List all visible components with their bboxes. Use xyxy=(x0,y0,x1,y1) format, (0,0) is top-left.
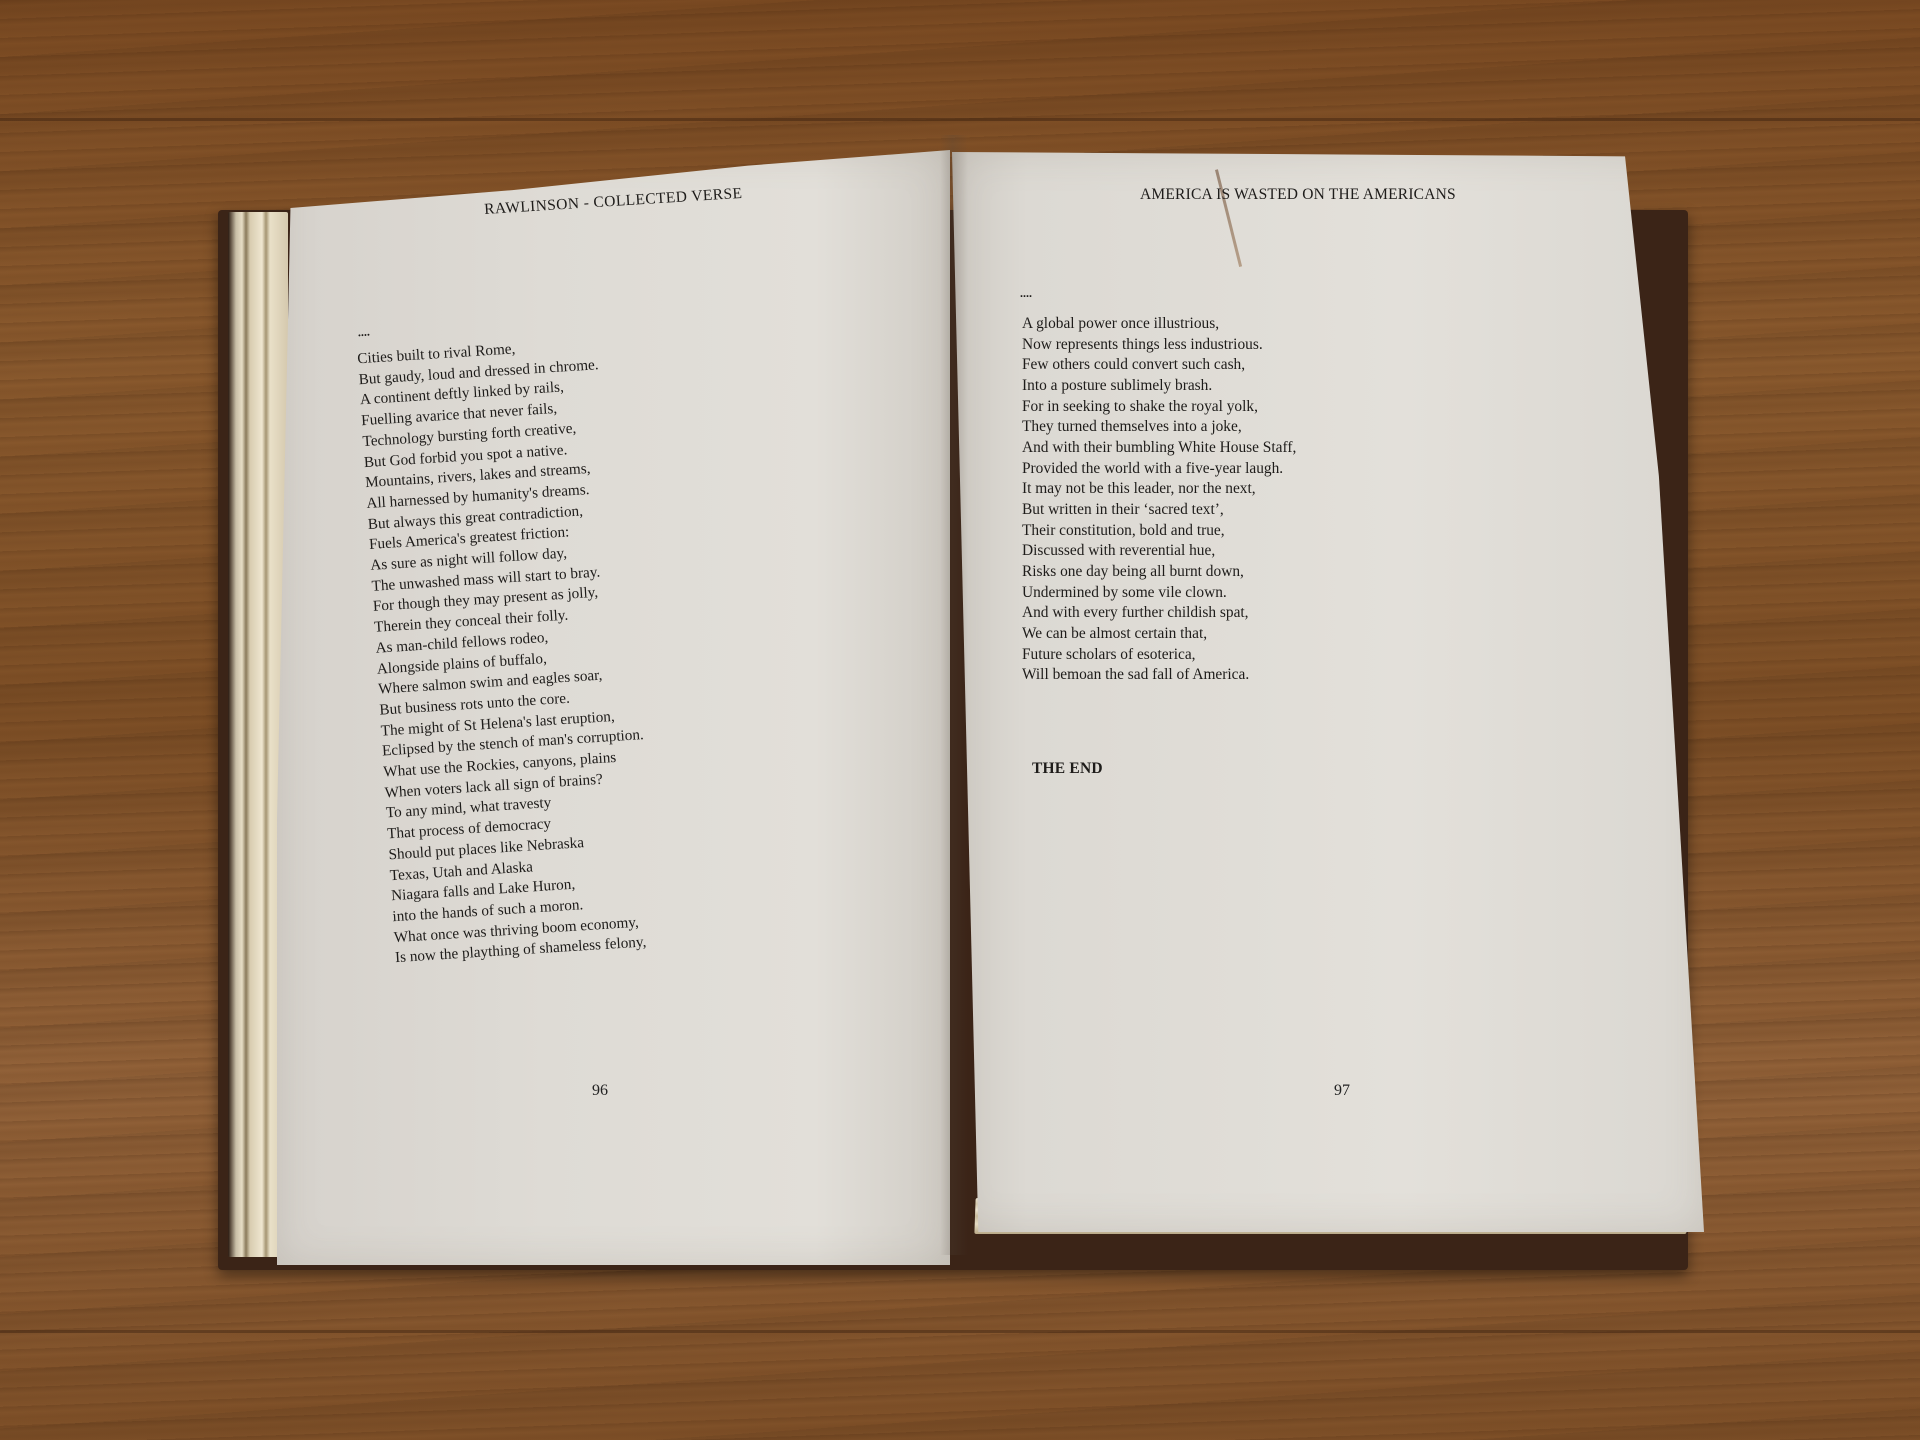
the-end-label: THE END xyxy=(1032,760,1103,778)
poem-line: Undermined by some vile clown. xyxy=(1022,583,1296,604)
poem-line: We can be almost certain that, xyxy=(1022,624,1296,645)
wood-grain-line xyxy=(0,118,1920,121)
continuation-marker: .... xyxy=(357,325,370,341)
page-number-left: 96 xyxy=(592,1082,608,1100)
poem-line: Future scholars of esoterica, xyxy=(1022,645,1296,666)
poem-line: Few others could convert such cash, xyxy=(1022,355,1296,376)
poem-line: Provided the world with a five-year laug… xyxy=(1022,459,1296,480)
poem-line: Their constitution, bold and true, xyxy=(1022,521,1296,542)
poem-line: They turned themselves into a joke, xyxy=(1022,417,1296,438)
poem-line: Will bemoan the sad fall of America. xyxy=(1022,665,1296,686)
poem-line: Discussed with reverential hue, xyxy=(1022,541,1296,562)
poem-line: Risks one day being all burnt down, xyxy=(1022,562,1296,583)
page-number-right: 97 xyxy=(1334,1082,1350,1100)
poem-line: And with every further childish spat, xyxy=(1022,603,1296,624)
poem-line: Now represents things less industrious. xyxy=(1022,335,1296,356)
continuation-marker: .... xyxy=(1020,286,1032,301)
running-header-right: AMERICA IS WASTED ON THE AMERICANS xyxy=(1140,186,1456,204)
poem-line: But written in their ‘sacred text’, xyxy=(1022,500,1296,521)
poem-line: Into a posture sublimely brash. xyxy=(1022,376,1296,397)
poem-lines-left: Cities built to rival Rome, But gaudy, l… xyxy=(357,333,658,969)
book-gutter xyxy=(940,135,968,1255)
poem-lines-right: A global power once illustrious, Now rep… xyxy=(1022,314,1296,686)
poem-line: For in seeking to shake the royal yolk, xyxy=(1022,397,1296,418)
poem-line: It may not be this leader, nor the next, xyxy=(1022,479,1296,500)
poem-line: A global power once illustrious, xyxy=(1022,314,1296,335)
wood-grain-line xyxy=(0,1330,1920,1333)
poem-line: And with their bumbling White House Staf… xyxy=(1022,438,1296,459)
